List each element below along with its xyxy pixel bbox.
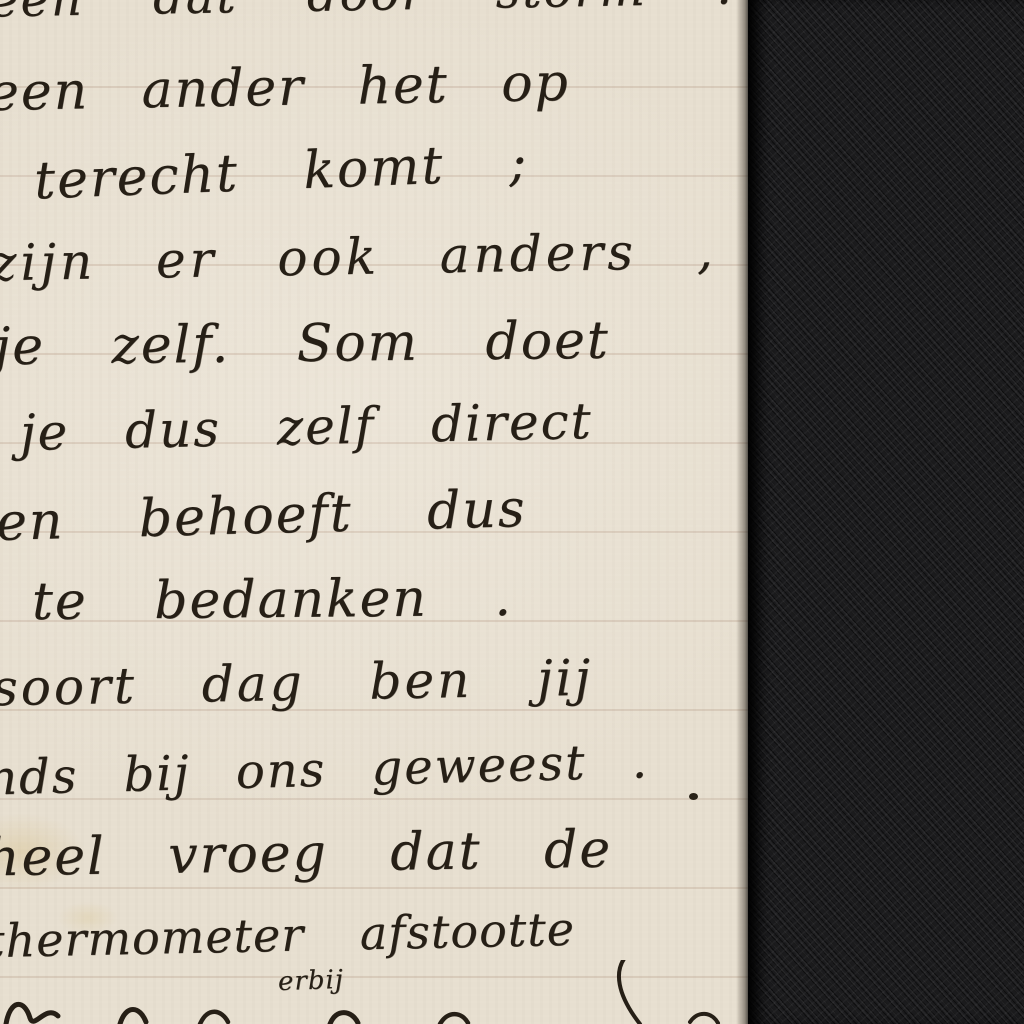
cut-off-bottom-line-strokes [0,960,748,1024]
letter-paper: een dat door storm . een ander het op te… [0,0,748,1024]
handwriting-line: te bedanken . [32,568,513,632]
handwriting-line: heel vroeg dat de [0,820,612,889]
binding-cloth [748,0,1024,1024]
letter-scan: een dat door storm . een ander het op te… [0,0,1024,1024]
handwriting-line: je zelf. Som doet [0,311,610,377]
ink-dot [689,793,698,800]
handwriting-line: een ander het op [0,53,570,123]
handwriting-line: je dus zelf direct [19,392,593,462]
handwriting-line: soort dag ben jij [0,649,594,717]
